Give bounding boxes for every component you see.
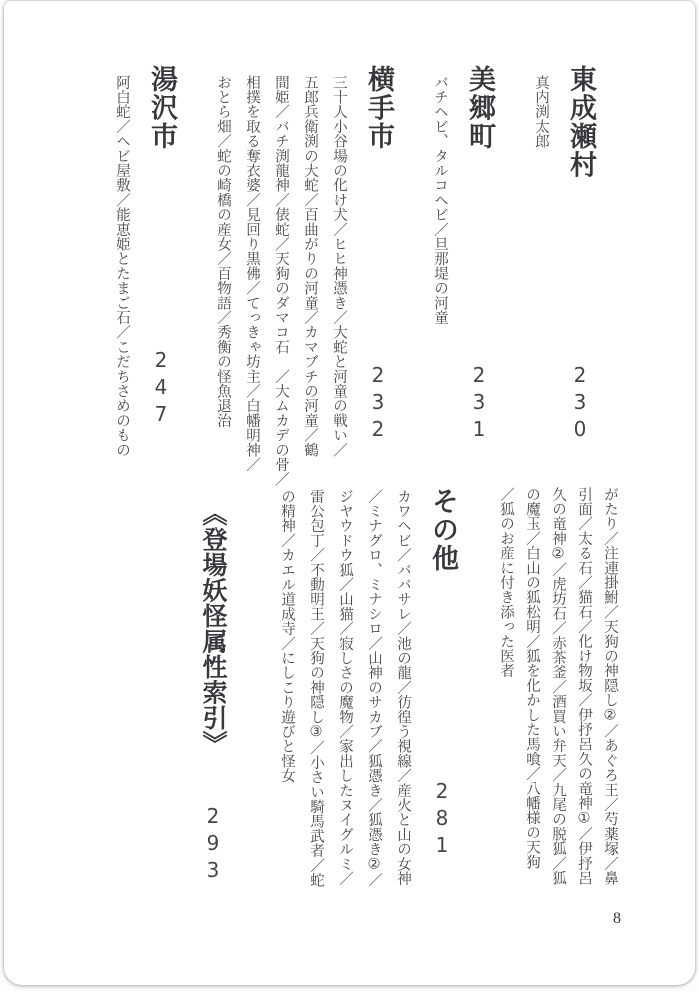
entry-line: ／狐のお産に付き添った医者: [494, 487, 517, 891]
section-heading-column: 横手市 232: [360, 65, 396, 444]
entry-line: バチヘビ、タルコヘビ／旦那堤の河童: [428, 65, 451, 487]
section-page-number: 281: [430, 779, 454, 860]
entry-line: ／ミナグロ、ミナシロ／山神のサカブ／狐憑き／狐憑き②／: [362, 487, 385, 891]
section-title: 東成瀬村: [562, 65, 598, 179]
page-number: 8: [613, 910, 621, 928]
entry-line: ジヤウドウ狐／山猫／寂しさの魔物／家出したヌイグルミ／: [333, 487, 356, 891]
entry-line: おとら畑／蛇の崎橋の産女／百物語／秀衡の怪魚退治: [211, 65, 234, 487]
entry-line: 引面／太る石／猫石／化け物坂／伊抒呂久の竜神①／伊抒呂: [572, 487, 595, 891]
book-page: 東成瀬村 230 真内渕太郎 美郷町 231 バチヘビ、タルコヘビ／旦那堤の河童…: [4, 1, 695, 985]
entry-line: 真内渕太郎: [529, 65, 552, 487]
entry-line: の精神／カエル道成寺／にしこり遊びと怪女: [275, 487, 298, 891]
toc-section: 東成瀬村 230 真内渕太郎: [529, 65, 598, 487]
entry-line: 久の竜神②／虎坊石／赤茶釜／酒買い弁天／九尾の脱狐／狐: [546, 487, 569, 891]
entry-line: の魔玉／白山の狐松明／狐を化かした馬喰／八幡様の天狗: [520, 487, 543, 891]
entry-line: 間姫／バチ渕龍神／俵蛇／天狗のダマコ石 ／大ムカデの骨／: [269, 65, 292, 487]
entry-line: 阿白蛇／ヘビ屋敷／能恵姫とたまご石／こだちさめのもの: [110, 65, 133, 487]
toc-section: 横手市 232 三十人小谷場の化け犬／ヒヒ神憑き／大蛇と河童の戦い／五郎兵衛渕の…: [211, 65, 396, 487]
entry-line: 相撲を取る奪衣婆／見回り黒佛／てっきゃ坊主／白幡明神／: [240, 65, 263, 487]
book-page-photo: 東成瀬村 230 真内渕太郎 美郷町 231 バチヘビ、タルコヘビ／旦那堤の河童…: [0, 0, 699, 992]
section-title: その他: [424, 487, 460, 573]
section-title: 湯沢市: [143, 65, 179, 151]
section-heading-column: 東成瀬村 230: [562, 65, 598, 444]
section-page-number: 232: [366, 363, 390, 444]
entry-line: 雷公包丁／不動明王／天狗の神隠し③／小さい騎馬武者／蛇: [304, 487, 327, 891]
section-title: 美郷町: [461, 65, 497, 151]
section-page-number: 231: [467, 363, 491, 444]
entry-line: 五郎兵衛渕の大蛇／百曲がりの河童／カマブチの河童／鶴: [298, 65, 321, 487]
entry-line: がたり／注連掛鮒／天狗の神隠し②／あぐろ王／芍薬塚／鼻: [598, 487, 621, 891]
toc-section: 湯沢市 247 阿白蛇／ヘビ屋敷／能恵姫とたまご石／こだちさめのもの: [110, 65, 179, 487]
toc-upper-tier: 東成瀬村 230 真内渕太郎 美郷町 231 バチヘビ、タルコヘビ／旦那堤の河童…: [110, 65, 598, 487]
toc-lower-tier: がたり／注連掛鮒／天狗の神隠し②／あぐろ王／芍薬塚／鼻引面／太る石／猫石／化け物…: [185, 487, 621, 891]
continuation-entry: がたり／注連掛鮒／天狗の神隠し②／あぐろ王／芍薬塚／鼻引面／太る石／猫石／化け物…: [494, 487, 621, 891]
section-title: 《登場妖怪属性索引》: [195, 501, 231, 756]
toc-section: 美郷町 231 バチヘビ、タルコヘビ／旦那堤の河童: [428, 65, 497, 487]
entry-line: カワヘビ／ババサレ／池の龍／彷徨う視線／産火と山の女神: [391, 487, 414, 891]
section-heading-column: その他 281: [424, 487, 460, 860]
section-page-number: 230: [568, 363, 592, 444]
section-heading-column: 湯沢市 247: [143, 65, 179, 429]
toc-section: 《登場妖怪属性索引》 293: [195, 487, 231, 891]
section-page-number: 247: [149, 348, 173, 429]
section-title: 横手市: [360, 65, 396, 151]
section-heading-column: 美郷町 231: [461, 65, 497, 444]
toc-section: その他 281 カワヘビ／ババサレ／池の龍／彷徨う視線／産火と山の女神／ミナグロ…: [275, 487, 460, 891]
section-heading-column: 《登場妖怪属性索引》 293: [195, 487, 231, 885]
section-page-number: 293: [201, 804, 225, 885]
entry-line: 三十人小谷場の化け犬／ヒヒ神憑き／大蛇と河童の戦い／: [327, 65, 350, 487]
